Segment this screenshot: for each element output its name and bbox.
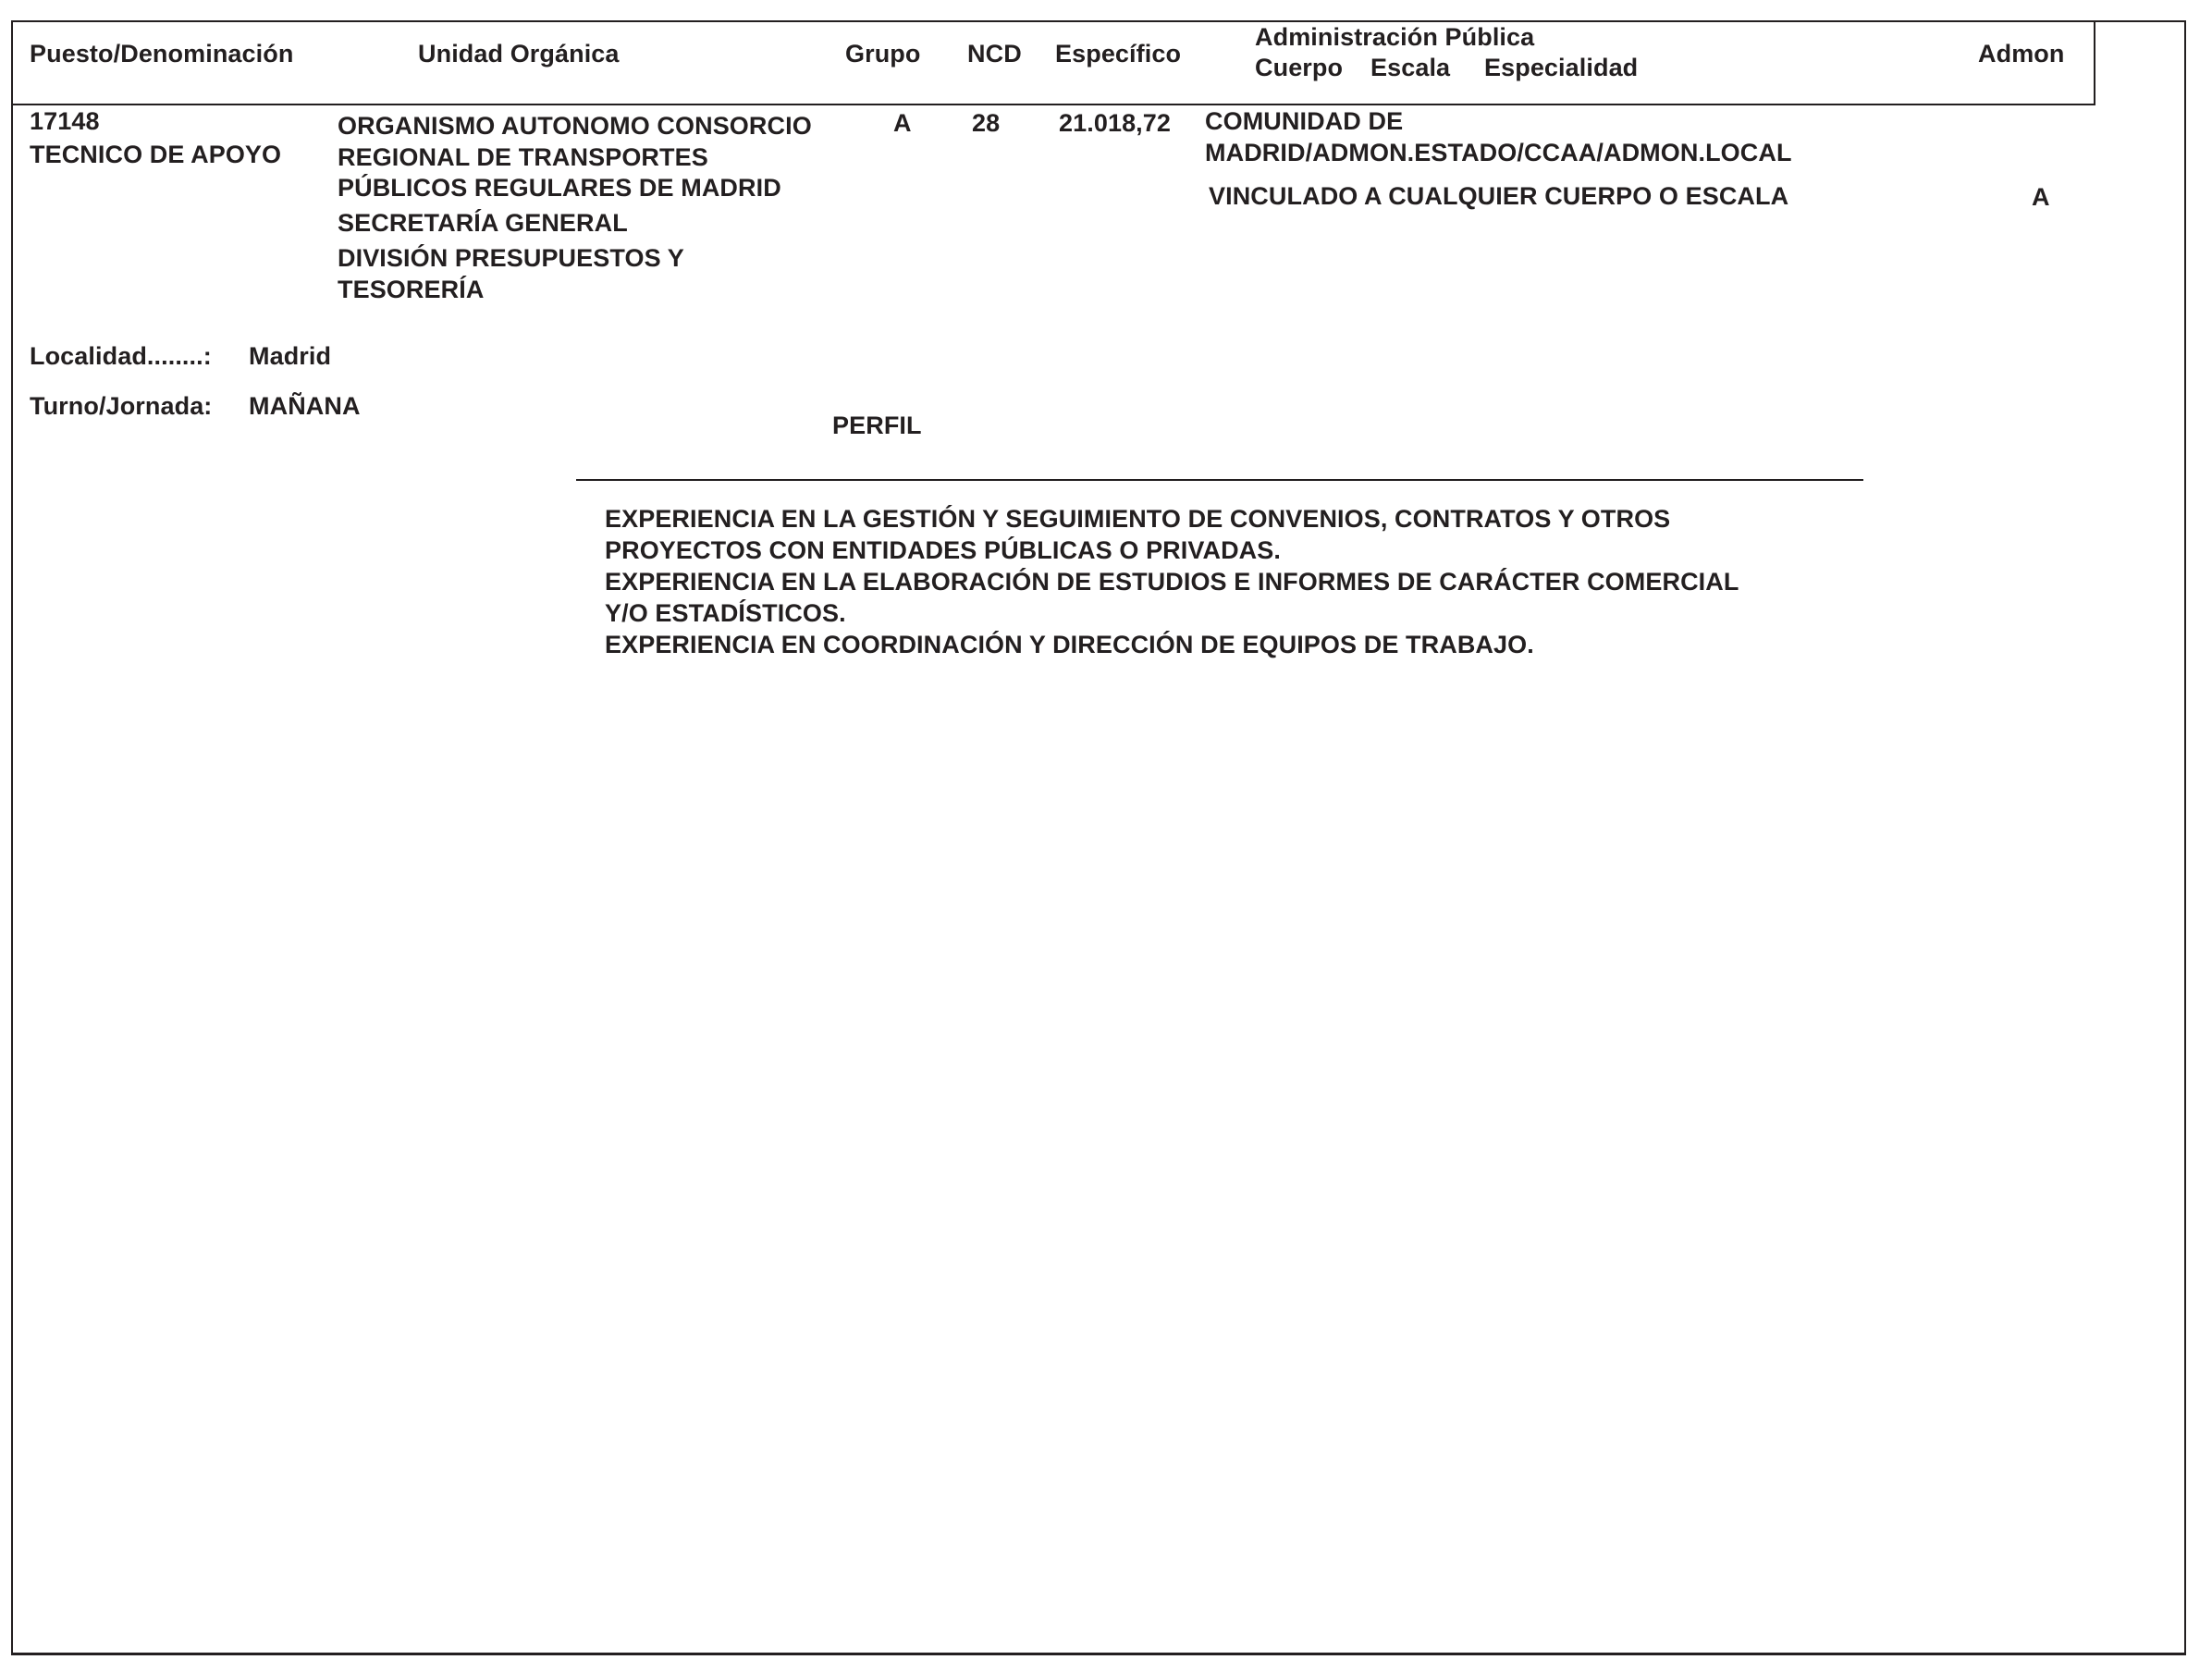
unidad-line-5: DIVISIÓN PRESUPUESTOS Y (338, 246, 684, 271)
puesto-denominacion: TECNICO DE APOYO (30, 142, 281, 167)
header-administracion: Administración Pública (1255, 25, 1534, 50)
admon-value: A (2032, 185, 2050, 210)
perfil-line-2: PROYECTOS CON ENTIDADES PÚBLICAS O PRIVA… (605, 538, 1281, 563)
perfil-line-3: EXPERIENCIA EN LA ELABORACIÓN DE ESTUDIO… (605, 570, 1739, 595)
header-especifico: Específico (1055, 42, 1181, 67)
header-row-frame (11, 20, 2095, 105)
header-ncd: NCD (967, 42, 1022, 67)
header-escala: Escala (1370, 55, 1450, 80)
unidad-line-4: SECRETARÍA GENERAL (338, 211, 628, 236)
perfil-title: PERFIL (832, 413, 922, 438)
header-especialidad: Especialidad (1484, 55, 1638, 80)
header-unidad: Unidad Orgánica (418, 42, 620, 67)
administracion-line-1: COMUNIDAD DE (1205, 109, 1403, 134)
unidad-line-2: REGIONAL DE TRANSPORTES (338, 145, 708, 170)
perfil-divider (576, 479, 1863, 481)
puesto-codigo: 17148 (30, 109, 100, 134)
unidad-line-6: TESORERÍA (338, 277, 484, 302)
cuerpo-escala-value: VINCULADO A CUALQUIER CUERPO O ESCALA (1209, 184, 1788, 209)
unidad-line-3: PÚBLICOS REGULARES DE MADRID (338, 176, 781, 201)
header-cuerpo: Cuerpo (1255, 55, 1343, 80)
turno-label: Turno/Jornada: (30, 394, 212, 419)
header-puesto: Puesto/Denominación (30, 42, 293, 67)
administracion-line-2: MADRID/ADMON.ESTADO/CCAA/ADMON.LOCAL (1205, 141, 1792, 166)
header-grupo: Grupo (845, 42, 921, 67)
localidad-value: Madrid (249, 344, 331, 369)
perfil-line-5: EXPERIENCIA EN COORDINACIÓN Y DIRECCIÓN … (605, 633, 1534, 658)
ncd-value: 28 (972, 111, 1000, 136)
turno-value: MAÑANA (249, 394, 361, 419)
localidad-label: Localidad........: (30, 344, 212, 369)
grupo-value: A (893, 111, 912, 136)
perfil-line-1: EXPERIENCIA EN LA GESTIÓN Y SEGUIMIENTO … (605, 507, 1670, 532)
unidad-line-1: ORGANISMO AUTONOMO CONSORCIO (338, 114, 812, 139)
especifico-value: 21.018,72 (1059, 111, 1171, 136)
perfil-line-4: Y/O ESTADÍSTICOS. (605, 601, 846, 626)
header-admon: Admon (1978, 42, 2064, 67)
